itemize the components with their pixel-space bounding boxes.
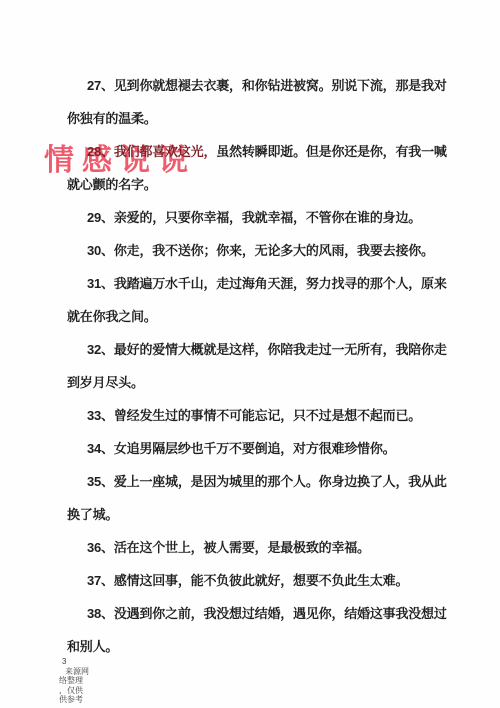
footer-note-line: ，仅供: [59, 686, 89, 696]
quote-line: 34、女追男隔层纱也千万不要倒追，对方很难珍惜你。: [67, 432, 419, 465]
quote-line: 35、爱上一座城，是因为城里的那个人。你身边换了人，我从此: [67, 465, 419, 498]
quote-line: 36、活在这个世上，被人需要，是最极致的幸福。: [67, 531, 419, 564]
quote-line: 38、没遇到你之前，我没想过结婚，遇见你，结婚这事我没想过: [67, 597, 419, 630]
quote-line: 33、曾经发生过的事情不可能忘记，只不过是想不起而已。: [67, 399, 419, 432]
quote-line: 换了城。: [67, 498, 419, 531]
document-page: 情感说说 27、见到你就想褪去衣裹，和你钻进被窝。别说下流，那是我对 你独有的温…: [0, 0, 500, 708]
quote-list: 27、见到你就想褪去衣裹，和你钻进被窝。别说下流，那是我对 你独有的温柔。 28…: [67, 69, 419, 663]
quote-line-rest: 虽然转瞬即逝。但是你还是你，有我一喊: [216, 144, 446, 159]
page-number: 3: [62, 657, 89, 667]
quote-line: 就心颤的名字。: [67, 168, 419, 201]
quote-line: 到岁月尽头。: [67, 366, 419, 399]
footer-note-line: 来源网: [65, 667, 89, 677]
quote-line: 就在你我之间。: [67, 300, 419, 333]
quote-line-watermark-overlap: 28、我们都喜欢这光，: [87, 144, 216, 159]
footer-note-line: 供参考: [59, 695, 89, 705]
quote-line: 和别人。: [67, 630, 419, 663]
quote-line: 32、最好的爱情大概就是这样，你陪我走过一无所有，我陪你走: [67, 333, 419, 366]
quote-line: 27、见到你就想褪去衣裹，和你钻进被窝。别说下流，那是我对: [67, 69, 419, 102]
quote-line: 28、我们都喜欢这光，虽然转瞬即逝。但是你还是你，有我一喊: [67, 135, 419, 168]
quote-line: 29、亲爱的，只要你幸福，我就幸福，不管你在谁的身边。: [67, 201, 419, 234]
quote-line: 37、感情这回事，能不负彼此就好，想要不负此生太难。: [67, 564, 419, 597]
quote-line: 你独有的温柔。: [67, 102, 419, 135]
quote-line: 30、你走，我不送你；你来，无论多大的风雨，我要去接你。: [67, 234, 419, 267]
footer-note-line: 络整理: [59, 676, 89, 686]
page-footer: 3 来源网 络整理 ，仅供 供参考: [59, 657, 89, 705]
quote-line: 31、我踏遍万水千山，走过海角天涯，努力找寻的那个人，原来: [67, 267, 419, 300]
